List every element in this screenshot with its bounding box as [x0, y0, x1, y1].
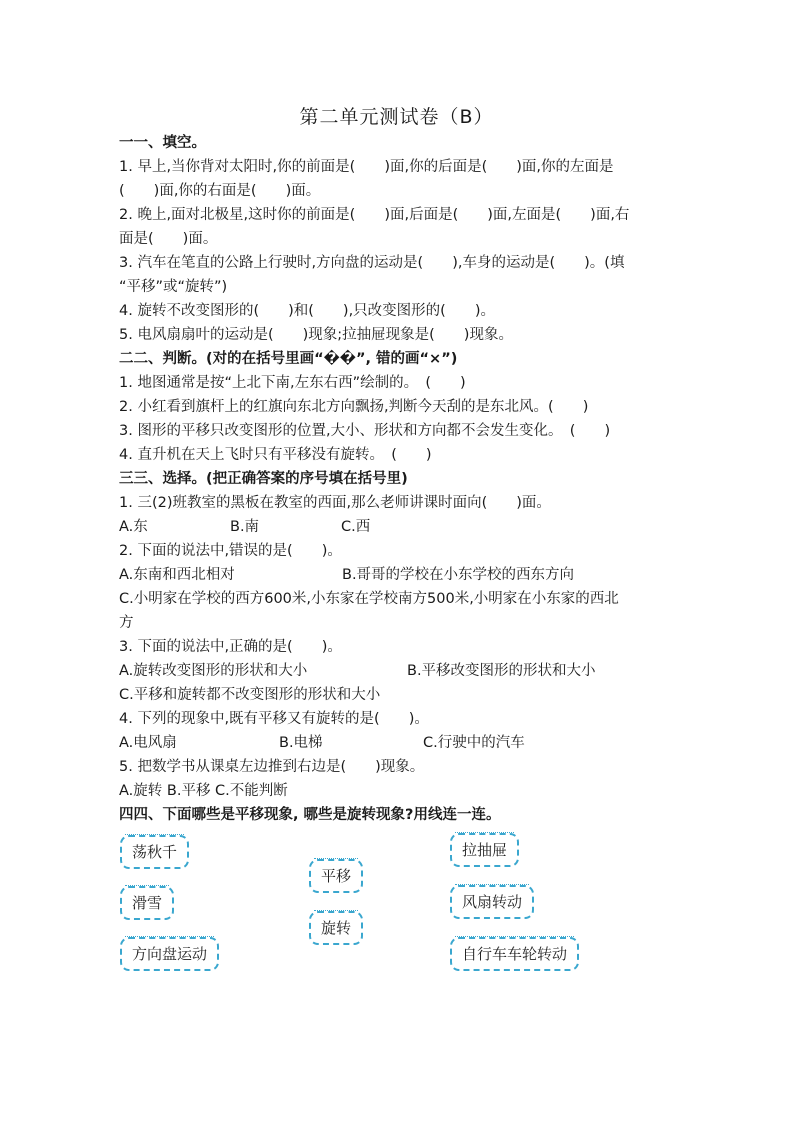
choice-q2-option-c: C.小明家在学校的西方600米,小东家在学校南方500米,小明家在小东家的西北: [119, 589, 619, 609]
section2-heading: 二二、判断。(对的在括号里画“��”, 错的画“×”): [119, 349, 457, 369]
choice-q4-option-a: A.电风扇: [119, 733, 177, 753]
choice-q3-option-c: C.平移和旋转都不改变图形的形状和大小: [119, 685, 380, 705]
choice-q2-option-c-cont: 方: [119, 613, 134, 633]
match-right-bicycle-wheel[interactable]: 自行车车轮转动: [450, 937, 579, 971]
choice-q2-option-a: A.东南和西北相对: [119, 565, 235, 585]
choice-q1-stem: 1. 三(2)班教室的黑板在教室的西面,那么老师讲课时面向( )面。: [119, 493, 551, 513]
judge-q1: 1. 地图通常是按“上北下南,左东右西”绘制的。 ( ): [119, 373, 466, 393]
match-center-rotation[interactable]: 旋转: [309, 911, 363, 945]
choice-q2-stem: 2. 下面的说法中,错误的是( )。: [119, 541, 342, 561]
section1-heading: 一一、填空。: [119, 133, 206, 153]
worksheet-page: 第二单元测试卷（B） 一一、填空。 1. 早上,当你背对太阳时,你的前面是( )…: [0, 0, 793, 1122]
match-center-translation[interactable]: 平移: [309, 859, 363, 893]
match-left-swing[interactable]: 荡秋千: [120, 835, 189, 869]
fill-q2-line1: 2. 晚上,面对北极星,这时你的前面是( )面,后面是( )面,左面是( )面,…: [119, 205, 629, 225]
fill-q3-line2: “平移”或“旋转”): [119, 277, 227, 297]
choice-q5-stem: 5. 把数学书从课桌左边推到右边是( )现象。: [119, 757, 424, 777]
choice-q1-option-c: C.西: [341, 517, 370, 537]
judge-q3: 3. 图形的平移只改变图形的位置,大小、形状和方向都不会发生变化。 ( ): [119, 421, 610, 441]
choice-q1-option-b: B.南: [230, 517, 259, 537]
judge-q4: 4. 直升机在天上飞时只有平移没有旋转。 ( ): [119, 445, 432, 465]
match-left-steering-wheel[interactable]: 方向盘运动: [120, 937, 219, 971]
fill-q1-line2: ( )面,你的右面是( )面。: [119, 181, 320, 201]
section3-heading: 三三、选择。(把正确答案的序号填在括号里): [119, 469, 408, 489]
fill-q5: 5. 电风扇扇叶的运动是( )现象;拉抽屉现象是( )现象。: [119, 325, 513, 345]
match-left-skiing[interactable]: 滑雪: [120, 886, 174, 920]
fill-q1-line1: 1. 早上,当你背对太阳时,你的前面是( )面,你的后面是( )面,你的左面是: [119, 157, 614, 177]
choice-q4-stem: 4. 下列的现象中,既有平移又有旋转的是( )。: [119, 709, 429, 729]
choice-q2-option-b: B.哥哥的学校在小东学校的西东方向: [342, 565, 574, 585]
fill-q3-line1: 3. 汽车在笔直的公路上行驶时,方向盘的运动是( ),车身的运动是( )。(填: [119, 253, 624, 273]
choice-q4-option-c: C.行驶中的汽车: [423, 733, 525, 753]
section4-heading: 四四、下面哪些是平移现象, 哪些是旋转现象?用线连一连。: [119, 805, 500, 825]
choice-q1-option-a: A.东: [119, 517, 148, 537]
choice-q4-option-b: B.电梯: [279, 733, 323, 753]
choice-q3-option-b: B.平移改变图形的形状和大小: [407, 661, 596, 681]
choice-q5-options: A.旋转 B.平移 C.不能判断: [119, 781, 288, 801]
judge-q2: 2. 小红看到旗杆上的红旗向东北方向飘扬,判断今天刮的是东北风。( ): [119, 397, 588, 417]
match-right-drawer[interactable]: 拉抽屉: [450, 833, 519, 867]
fill-q2-line2: 面是( )面。: [119, 229, 217, 249]
fill-q4: 4. 旋转不改变图形的( )和( ),只改变图形的( )。: [119, 301, 495, 321]
choice-q3-option-a: A.旋转改变图形的形状和大小: [119, 661, 307, 681]
match-right-fan[interactable]: 风扇转动: [450, 885, 534, 919]
page-title: 第二单元测试卷（B）: [0, 102, 793, 129]
choice-q3-stem: 3. 下面的说法中,正确的是( )。: [119, 637, 342, 657]
